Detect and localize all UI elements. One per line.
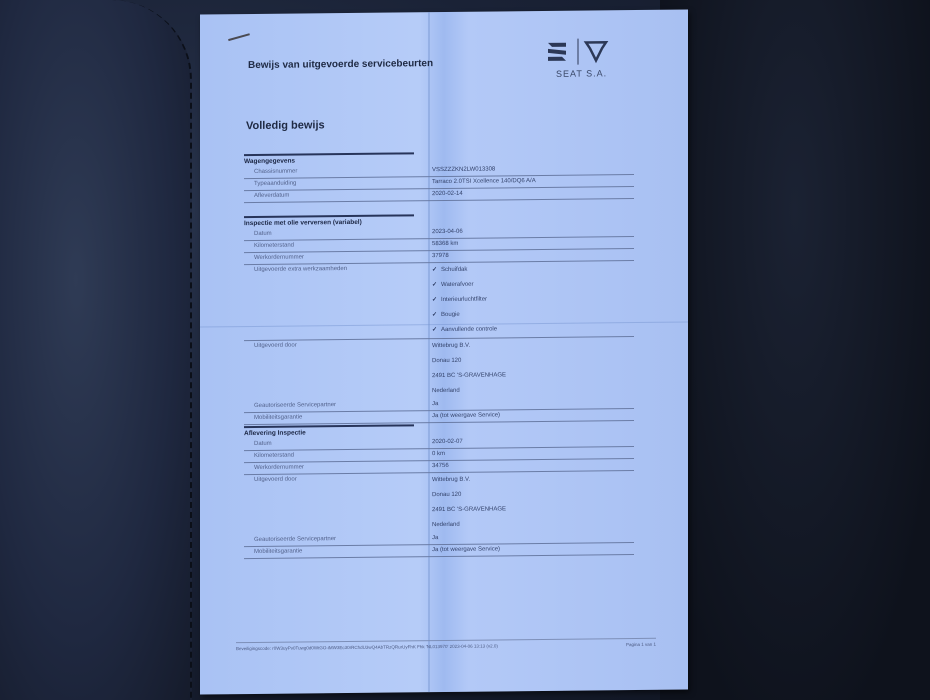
car-seat-leather-right [660, 0, 930, 700]
row-label: Datum [244, 437, 432, 450]
row-label: Chassisnummer [244, 165, 432, 178]
vehicle-section: Wagengegevens ChassisnummerVSSZZZKN2LW01… [244, 150, 634, 203]
row-value: Ja (tot weergave Service) [432, 543, 634, 556]
row-label: Uitgevoerd door [244, 473, 432, 535]
page-number: Pagina 1 van 1 [626, 642, 656, 647]
document-footer: Beveiligingscode: r0W3uyPv0Tuwg0d0WtGO-i… [236, 638, 656, 651]
row-label: Kilometerstand [244, 449, 432, 462]
row-label: Mobiliteitsgarantie [244, 411, 432, 424]
brand-name: SEAT S.A. [556, 68, 607, 79]
pen-mark [228, 33, 250, 41]
address-block: Wittebrug B.V. Donau 120 2491 BC 'S-GRAV… [432, 471, 634, 533]
security-code: Beveiligingscode: r0W3uyPv0Tuwg0d0WtGO-i… [236, 643, 498, 651]
checkmark-icon: ✓ [432, 327, 437, 333]
row-value: Tarraco 2.0TSI Xcellence 140/DQ6 A/A [432, 175, 634, 188]
checkmark-icon: ✓ [432, 297, 437, 303]
row-label: Datum [244, 227, 432, 240]
row-label: Typeaanduiding [244, 177, 432, 190]
row-label: Afleverdatum [244, 189, 432, 202]
row-value: Ja [432, 531, 634, 544]
performed-by-row: Uitgevoerd door Wittebrug B.V. Donau 120… [244, 471, 634, 535]
row-label: Uitgevoerde extra werkzaamheden [244, 263, 432, 340]
document-subtitle: Volledig bewijs [246, 119, 325, 132]
brand-logos [544, 36, 614, 87]
extra-work-list: ✓Schuifdak ✓Waterafvoer ✓Interieurluchtf… [432, 261, 634, 338]
row-value: 2020-02-14 [432, 187, 634, 200]
extra-work-row: Uitgevoerde extra werkzaamheden ✓Schuifd… [244, 261, 634, 340]
inspection-section: Inspectie met olie verversen (variabel) … [244, 212, 634, 425]
row-label: Uitgevoerd door [244, 339, 432, 401]
row-value: 2020-02-07 [432, 435, 634, 448]
seat-logo-icon [548, 43, 566, 61]
row-value: 37978 [432, 249, 634, 262]
row-value: Ja (tot weergave Service) [432, 409, 634, 422]
row-value: VSSZZZKN2LW013308 [432, 163, 634, 176]
row-label: Geautoriseerde Servicepartner [244, 533, 432, 546]
address-block: Wittebrug B.V. Donau 120 2491 BC 'S-GRAV… [432, 337, 634, 399]
performed-by-row: Uitgevoerd door Wittebrug B.V. Donau 120… [244, 336, 634, 401]
row-value: 58368 km [432, 237, 634, 250]
row-value: Ja [432, 397, 634, 410]
row-label: Mobiliteitsgarantie [244, 545, 432, 558]
row-value: 0 km [432, 447, 634, 460]
checkmark-icon: ✓ [432, 282, 437, 288]
document-title: Bewijs van uitgevoerde servicebeurten [248, 58, 433, 71]
row-label: Kilometerstand [244, 239, 432, 252]
car-seat-leather-left [0, 0, 192, 700]
list-item: ✓Aanvullende controle [432, 321, 634, 338]
row-value: 34756 [432, 459, 634, 472]
checkmark-icon: ✓ [432, 267, 437, 273]
row-label: Werkordernummer [244, 251, 432, 264]
service-record-document: Bewijs van uitgevoerde servicebeurten SE… [200, 9, 688, 694]
row-value: 2023-04-06 [432, 225, 634, 238]
delivery-section: Aflevering Inspectie Datum2020-02-07 Kil… [244, 422, 634, 559]
cupra-logo-icon [586, 42, 606, 60]
checkmark-icon: ✓ [432, 312, 437, 318]
row-label: Werkordernummer [244, 461, 432, 474]
row-label: Geautoriseerde Servicepartner [244, 399, 432, 412]
